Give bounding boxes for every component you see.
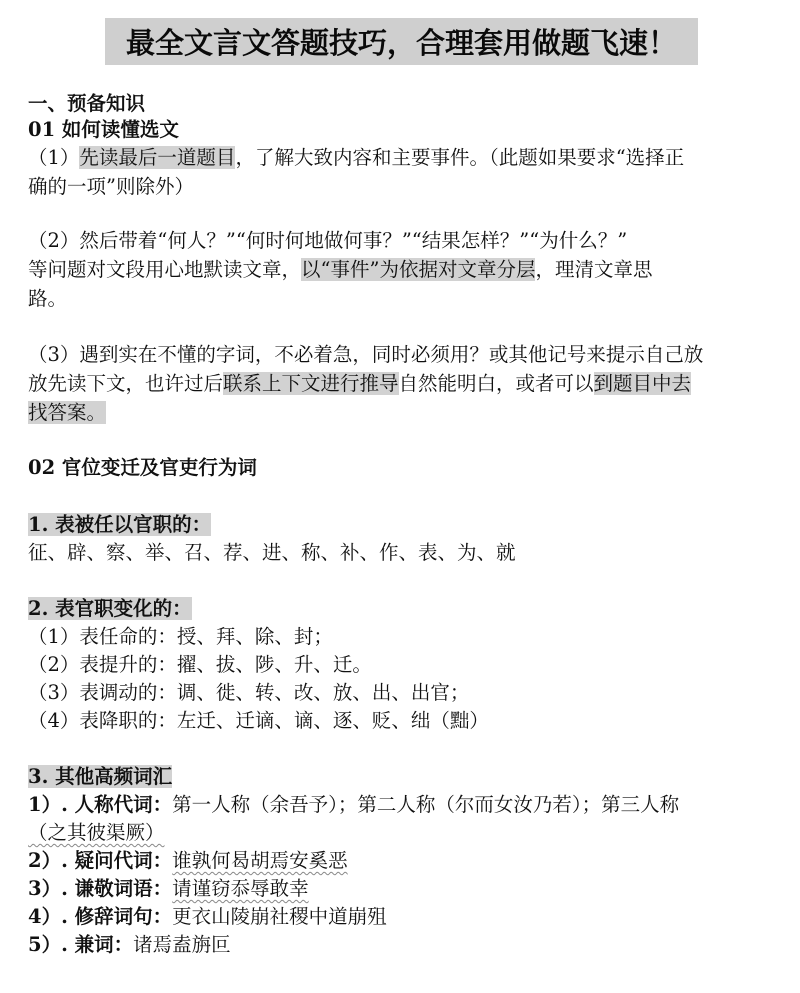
p2-post: ，理清文章思 bbox=[535, 258, 652, 281]
group3-item-5: 5）. 兼词：诸焉盍旃叵 bbox=[28, 932, 231, 958]
page-title: 最全文言文答题技巧，合理套用做题飞速！ bbox=[126, 21, 677, 62]
item-words: 第一人称（余吾予）；第二人称（尔而女汝乃若）；第三人称 bbox=[172, 793, 679, 816]
item-label: （2）表提升的： bbox=[28, 653, 177, 676]
group1-heading-text: 1. 表被任以官职的： bbox=[28, 513, 211, 536]
group2-heading-text: 2. 表官职变化的： bbox=[28, 597, 192, 620]
subheading-read-text: 01 如何读懂选文 bbox=[28, 117, 179, 143]
item-label: （1）表任命的： bbox=[28, 625, 177, 648]
item-words-cont: （之其彼渠厥） bbox=[28, 821, 165, 844]
item-label: 1）. 人称代词： bbox=[28, 793, 172, 816]
group2-item-2: （2）表提升的：擢、拔、陟、升、迁。 bbox=[28, 652, 372, 678]
section-heading-prep: 一、预备知识 bbox=[28, 91, 145, 117]
paragraph-2-line-3: 路。 bbox=[28, 286, 67, 312]
group3-heading: 3. 其他高频词汇 bbox=[28, 764, 172, 790]
paragraph-3-line-2: 放先读下文，也许过后联系上下文进行推导自然能明白，或者可以到题目中去 bbox=[28, 371, 691, 397]
item-words: 诸焉盍旃叵 bbox=[133, 933, 231, 956]
paragraph-2-line-1: （2）然后带着“何人？”“何时何地做何事？”“结果怎样？”“为什么？” bbox=[28, 228, 627, 254]
group2-heading: 2. 表官职变化的： bbox=[28, 596, 192, 622]
item-words: 擢、拔、陟、升、迁。 bbox=[177, 653, 372, 676]
p3-highlight-3: 找答案。 bbox=[28, 401, 106, 424]
section-heading-official: 02 官位变迁及官吏行为词 bbox=[28, 455, 257, 481]
item-words: 调、徙、转、改、放、出、出官； bbox=[177, 681, 470, 704]
item-words: 授、拜、除、封； bbox=[177, 625, 333, 648]
item-label: 2）. 疑问代词： bbox=[28, 849, 172, 872]
item-label: （3）表调动的： bbox=[28, 681, 177, 704]
p2-pre: 等问题对文段用心地默读文章， bbox=[28, 258, 301, 281]
item-words: 请谨窃忝辱敢幸 bbox=[172, 877, 309, 900]
item-words: 谁孰何曷胡焉安奚恶 bbox=[172, 849, 348, 872]
group3-item-3: 3）. 谦敬词语：请谨窃忝辱敢幸 bbox=[28, 876, 309, 902]
p3-mid: 自然能明白，或者可以 bbox=[399, 372, 594, 395]
p1-highlight: 先读最后一道题目 bbox=[79, 146, 235, 169]
paragraph-1-line-2: 确的一项”则除外） bbox=[28, 174, 194, 200]
item-label: 4）. 修辞词句： bbox=[28, 905, 172, 928]
paragraph-1-line-1: （1）先读最后一道题目，了解大致内容和主要事件。（此题如果要求“选择正 bbox=[28, 145, 684, 171]
title-banner: 最全文言文答题技巧，合理套用做题飞速！ bbox=[105, 18, 698, 65]
p1-rest: ，了解大致内容和主要事件。（此题如果要求“选择正 bbox=[235, 146, 684, 169]
item-label: 3）. 谦敬词语： bbox=[28, 877, 172, 900]
group2-item-1: （1）表任命的：授、拜、除、封； bbox=[28, 624, 333, 650]
p3-highlight-2: 到题目中去 bbox=[594, 372, 692, 395]
paragraph-3-line-1: （3）遇到实在不懂的字词，不必着急，同时必须用？或其他记号来提示自己放 bbox=[28, 342, 703, 368]
group3-item-4: 4）. 修辞词句：更衣山陵崩社稷中道崩殂 bbox=[28, 904, 387, 930]
p3-pre: 放先读下文，也许过后 bbox=[28, 372, 223, 395]
item-label: 5）. 兼词： bbox=[28, 933, 133, 956]
group3-item-1: 1）. 人称代词：第一人称（余吾予）；第二人称（尔而女汝乃若）；第三人称 bbox=[28, 792, 679, 818]
group2-item-3: （3）表调动的：调、徙、转、改、放、出、出官； bbox=[28, 680, 469, 706]
p3-highlight-1: 联系上下文进行推导 bbox=[223, 372, 399, 395]
item-label: （4）表降职的： bbox=[28, 709, 177, 732]
group1-heading: 1. 表被任以官职的： bbox=[28, 512, 211, 538]
p1-prefix: （1） bbox=[28, 146, 79, 169]
group1-words: 征、辟、察、举、召、荐、进、称、补、作、表、为、就 bbox=[28, 540, 516, 566]
item-words: 更衣山陵崩社稷中道崩殂 bbox=[172, 905, 387, 928]
group3-heading-text: 3. 其他高频词汇 bbox=[28, 765, 172, 788]
p2-highlight: 以“事件”为依据对文章分层 bbox=[301, 258, 535, 281]
group3-item-1-cont: （之其彼渠厥） bbox=[28, 820, 165, 846]
paragraph-3-line-3: 找答案。 bbox=[28, 400, 106, 426]
group2-item-4: （4）表降职的：左迁、迁谪、谪、逐、贬、绌（黜） bbox=[28, 708, 489, 734]
paragraph-2-line-2: 等问题对文段用心地默读文章，以“事件”为依据对文章分层，理清文章思 bbox=[28, 257, 652, 283]
group3-item-2: 2）. 疑问代词：谁孰何曷胡焉安奚恶 bbox=[28, 848, 348, 874]
item-words: 左迁、迁谪、谪、逐、贬、绌（黜） bbox=[177, 709, 489, 732]
